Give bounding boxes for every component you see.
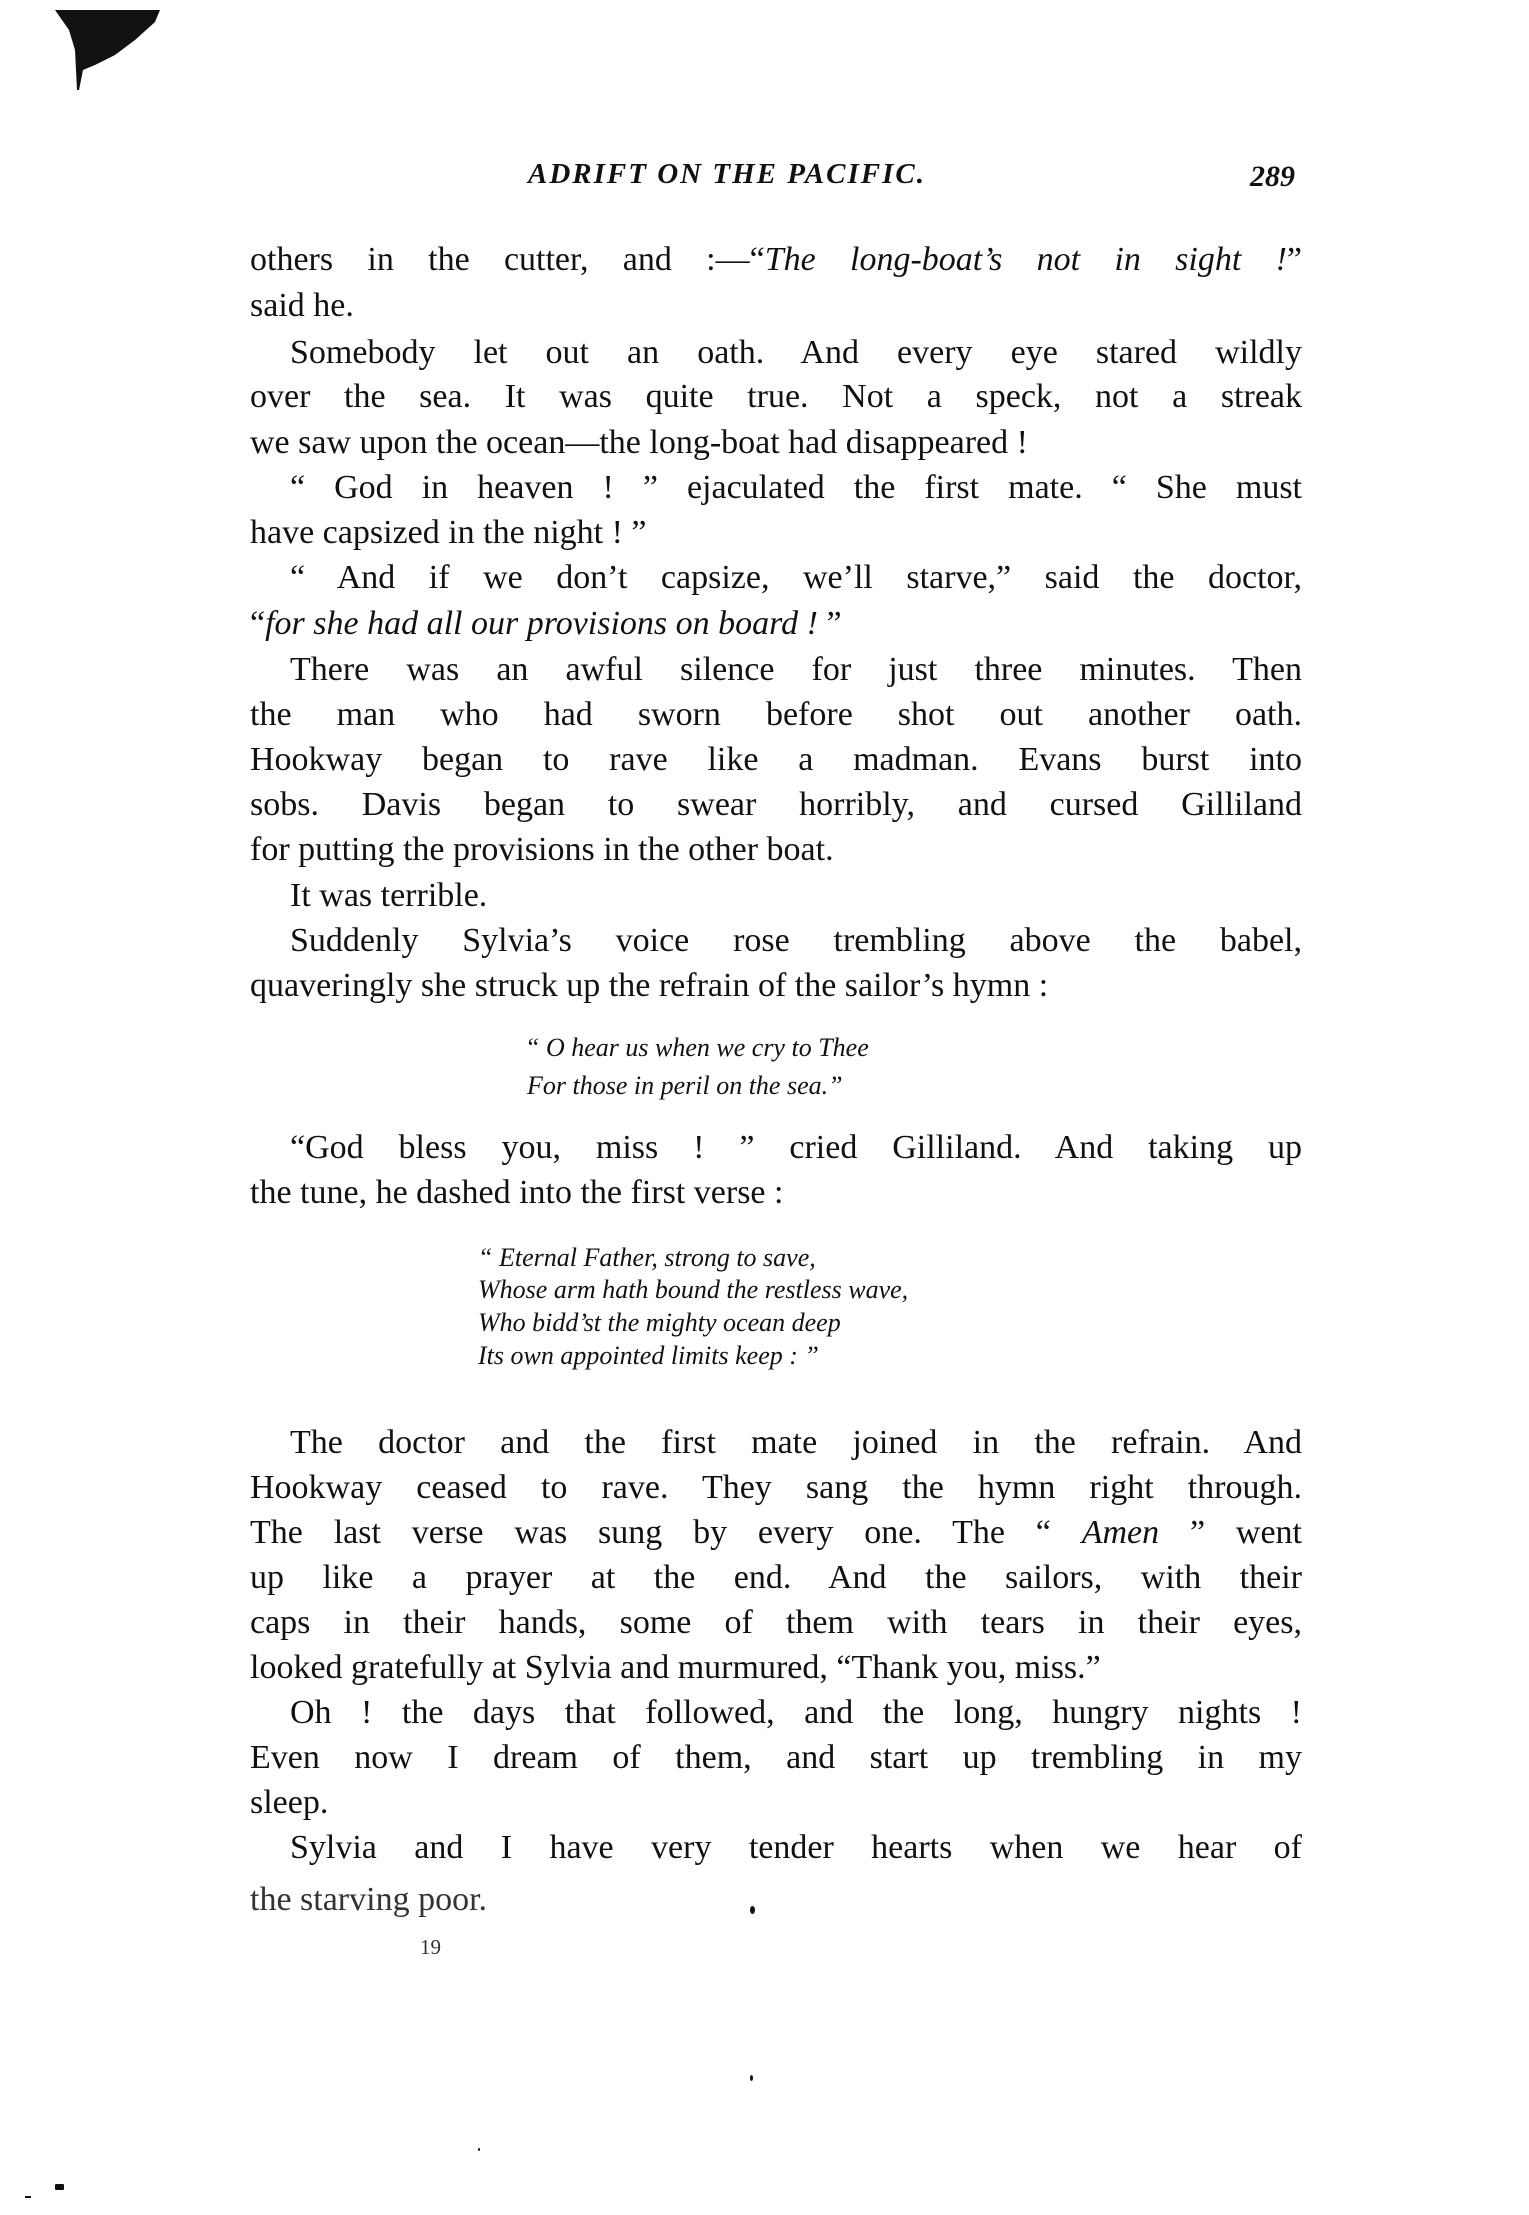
text-line: quaveringly she struck up the refrain of… bbox=[250, 966, 1302, 1006]
text-line: Sylvia and I have very tender hearts whe… bbox=[290, 1828, 1302, 1868]
text-line: others in the cutter, and :—“The long-bo… bbox=[250, 240, 1302, 280]
text-run: others in the cutter, and :—“ bbox=[250, 241, 765, 278]
text-line: over the sea. It was quite true. Not a s… bbox=[250, 377, 1302, 417]
text-run: ” bbox=[1287, 241, 1302, 278]
text-line: the starving poor. bbox=[250, 1880, 1302, 1920]
text-line: said he. bbox=[250, 286, 1302, 326]
scan-speck bbox=[25, 2196, 31, 2198]
page-number: 289 bbox=[1250, 160, 1295, 194]
text-line: Somebody let out an oath. And every eye … bbox=[290, 333, 1302, 373]
text-line: The doctor and the first mate joined in … bbox=[290, 1423, 1302, 1463]
hymn-line: “ Eternal Father, strong to save, bbox=[478, 1243, 816, 1273]
book-page: ADRIFT ON THE PACIFIC. 289 others in the… bbox=[0, 0, 1529, 2215]
text-line: caps in their hands, some of them with t… bbox=[250, 1603, 1302, 1643]
text-line: It was terrible. bbox=[290, 876, 1302, 916]
text-line: Even now I dream of them, and start up t… bbox=[250, 1738, 1302, 1778]
text-line: “ And if we don’t capsize, we’ll starve,… bbox=[290, 558, 1302, 598]
text-line: “God bless you, miss ! ” cried Gilliland… bbox=[290, 1128, 1302, 1168]
signature-mark: 19 bbox=[420, 1935, 441, 1960]
text-line: up like a prayer at the end. And the sai… bbox=[250, 1558, 1302, 1598]
text-run: “ bbox=[250, 605, 265, 642]
italic-run: Amen bbox=[1082, 1514, 1159, 1551]
hymn-line: Who bidd’st the mighty ocean deep bbox=[478, 1308, 841, 1338]
text-line: Suddenly Sylvia’s voice rose trembling a… bbox=[290, 921, 1302, 961]
text-line: Oh ! the days that followed, and the lon… bbox=[290, 1693, 1302, 1733]
text-line: looked gratefully at Sylvia and murmured… bbox=[250, 1648, 1302, 1688]
hymn-line: For those in peril on the sea.” bbox=[527, 1071, 843, 1101]
hymn-line: “ O hear us when we cry to Thee bbox=[525, 1033, 869, 1063]
text-line: Hookway began to rave like a madman. Eva… bbox=[250, 740, 1302, 780]
text-line: There was an awful silence for just thre… bbox=[290, 650, 1302, 690]
text-line: The last verse was sung by every one. Th… bbox=[250, 1513, 1302, 1553]
text-run: The last verse was sung by every one. Th… bbox=[250, 1514, 1082, 1551]
italic-run: for she had all our provisions on board … bbox=[265, 605, 818, 642]
text-line: “for she had all our provisions on board… bbox=[250, 604, 1302, 644]
hymn-line: Whose arm hath bound the restless wave, bbox=[478, 1275, 908, 1305]
text-line: we saw upon the ocean—the long-boat had … bbox=[250, 423, 1302, 463]
running-title: ADRIFT ON THE PACIFIC. bbox=[528, 158, 926, 191]
text-line: the man who had sworn before shot out an… bbox=[250, 695, 1302, 735]
text-line: Hookway ceased to rave. They sang the hy… bbox=[250, 1468, 1302, 1508]
italic-run: The long-boat’s not in sight ! bbox=[765, 241, 1287, 278]
text-run: ” went bbox=[1159, 1514, 1302, 1551]
scan-corner-mark-icon bbox=[55, 10, 160, 90]
text-line: have capsized in the night ! ” bbox=[250, 513, 1302, 553]
text-run: ” bbox=[818, 605, 842, 642]
scan-speck bbox=[55, 2184, 64, 2190]
text-line: “ God in heaven ! ” ejaculated the first… bbox=[290, 468, 1302, 508]
scan-speck bbox=[478, 2148, 480, 2151]
text-line: sleep. bbox=[250, 1783, 1302, 1823]
hymn-line: Its own appointed limits keep : ” bbox=[478, 1341, 819, 1371]
scan-speck bbox=[750, 1906, 755, 1914]
text-line: sobs. Davis began to swear horribly, and… bbox=[250, 785, 1302, 825]
text-line: for putting the provisions in the other … bbox=[250, 830, 1302, 870]
scan-speck bbox=[750, 2075, 753, 2081]
text-line: the tune, he dashed into the first verse… bbox=[250, 1173, 1302, 1213]
